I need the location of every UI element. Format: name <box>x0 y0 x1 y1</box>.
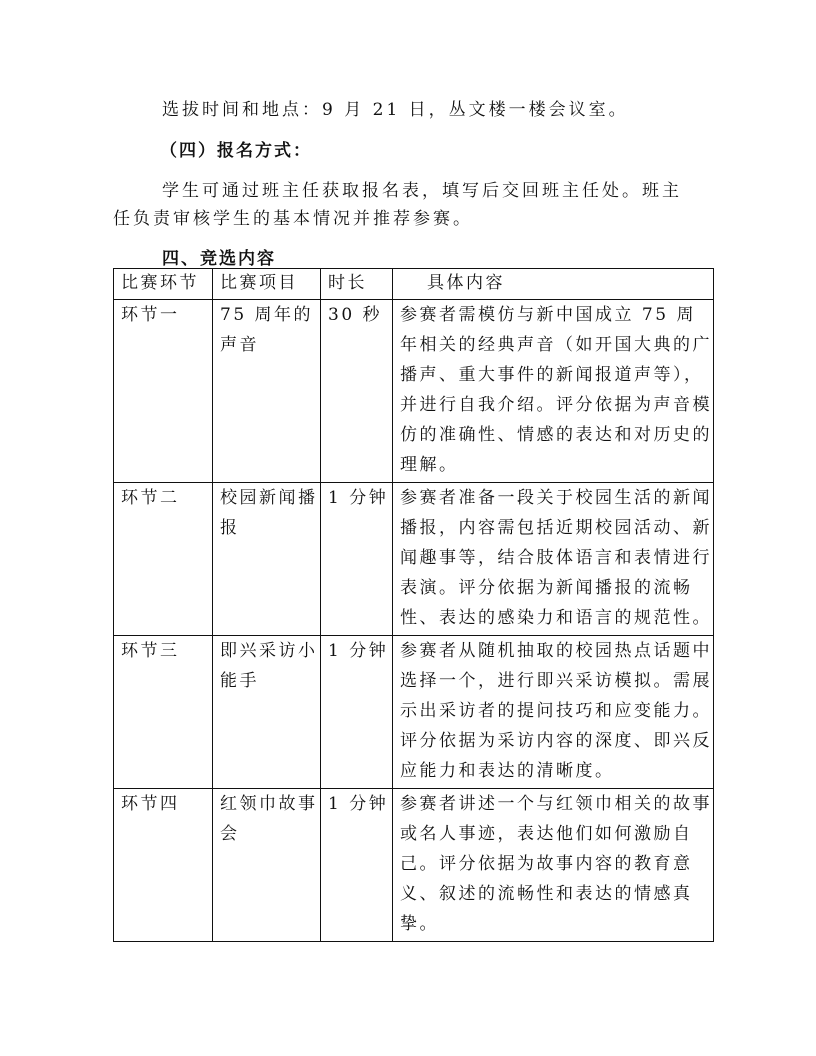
header-stage: 比赛环节 <box>114 269 213 300</box>
table-header-row: 比赛环节 比赛项目 时长 具体内容 <box>114 269 714 300</box>
cell-stage: 环节四 <box>114 789 213 942</box>
cell-duration: 1 分钟 <box>321 636 393 789</box>
cell-content: 参赛者讲述一个与红领巾相关的故事或名人事迹，表达他们如何激励自己。评分依据为故事… <box>393 789 714 942</box>
cell-duration: 1 分钟 <box>321 483 393 636</box>
cell-item: 红领巾故事会 <box>213 789 321 942</box>
table-row: 环节三 即兴采访小能手 1 分钟 参赛者从随机抽取的校园热点话题中选择一个，进行… <box>114 636 714 789</box>
header-duration: 时长 <box>321 269 393 300</box>
signup-paragraph-line2: 任负责审核学生的基本情况并推荐参赛。 <box>113 204 473 234</box>
signup-paragraph-line1: 学生可通过班主任获取报名表，填写后交回班主任处。班主 <box>162 176 682 206</box>
cell-content: 参赛者从随机抽取的校园热点话题中选择一个，进行即兴采访模拟。需展示出采访者的提问… <box>393 636 714 789</box>
header-item: 比赛项目 <box>213 269 321 300</box>
table-row: 环节四 红领巾故事会 1 分钟 参赛者讲述一个与红领巾相关的故事或名人事迹，表达… <box>114 789 714 942</box>
cell-content: 参赛者需模仿与新中国成立 75 周年相关的经典声音（如开国大典的广播声、重大事件… <box>393 300 714 483</box>
signup-heading: （四）报名方式： <box>160 136 312 166</box>
table-row: 环节一 75 周年的声音 30 秒 参赛者需模仿与新中国成立 75 周年相关的经… <box>114 300 714 483</box>
cell-item: 75 周年的声音 <box>213 300 321 483</box>
header-content: 具体内容 <box>393 269 714 300</box>
time-place-paragraph: 选拔时间和地点：9 月 21 日，丛文楼一楼会议室。 <box>162 95 629 125</box>
cell-content: 参赛者准备一段关于校园生活的新闻播报，内容需包括近期校园活动、新闻趣事等，结合肢… <box>393 483 714 636</box>
cell-duration: 30 秒 <box>321 300 393 483</box>
cell-item: 即兴采访小能手 <box>213 636 321 789</box>
cell-duration: 1 分钟 <box>321 789 393 942</box>
cell-item: 校园新闻播报 <box>213 483 321 636</box>
competition-table: 比赛环节 比赛项目 时长 具体内容 环节一 75 周年的声音 30 秒 参赛者需… <box>113 268 714 942</box>
document-page: 选拔时间和地点：9 月 21 日，丛文楼一楼会议室。 （四）报名方式： 学生可通… <box>0 0 816 1056</box>
table-row: 环节二 校园新闻播报 1 分钟 参赛者准备一段关于校园生活的新闻播报，内容需包括… <box>114 483 714 636</box>
cell-stage: 环节一 <box>114 300 213 483</box>
cell-stage: 环节二 <box>114 483 213 636</box>
cell-stage: 环节三 <box>114 636 213 789</box>
